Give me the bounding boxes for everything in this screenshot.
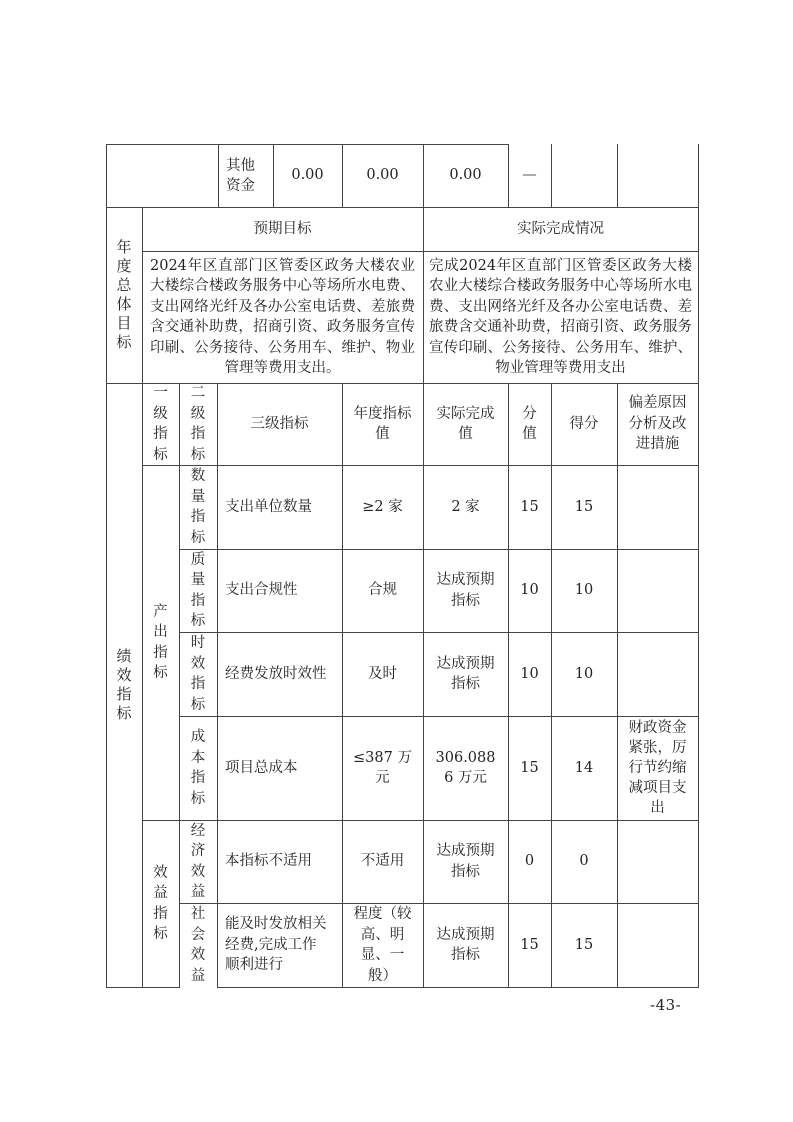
level3-cell: 项目总成本: [217, 716, 342, 820]
level2-cell: 质量指标: [179, 549, 217, 632]
level2-cell: 时效指标: [179, 632, 217, 716]
deviation-cell: 财政资金紧张，厉行节约缩减项目支出: [617, 716, 698, 820]
actual-cell: 达成预期指标: [423, 820, 508, 903]
target-cell: ≤387 万元: [342, 716, 423, 820]
actual-cell: 306.0886 万元: [423, 716, 508, 820]
performance-label: 绩效指标: [115, 647, 133, 723]
weight-cell: 15: [508, 903, 551, 987]
deviation-cell: [617, 632, 698, 716]
weight-cell: 10: [508, 549, 551, 632]
score-cell: 15: [551, 903, 617, 987]
actual-completion-text: 完成2024年区直部门区管委区政务大楼农业大楼综合楼政务服务中心等场所水电费、支…: [423, 251, 698, 383]
table-border: [217, 987, 699, 988]
header-deviation: 偏差原因分析及改进措施: [617, 383, 698, 465]
score-cell: 15: [551, 465, 617, 549]
header-weight: 分值: [508, 383, 551, 465]
annual-goal-label-cell: 年度总体目标: [106, 207, 142, 383]
target-cell: 合规: [342, 549, 423, 632]
actual-cell: 2 家: [423, 465, 508, 549]
score-cell: 10: [551, 549, 617, 632]
performance-label-cell: 绩效指标: [106, 383, 142, 987]
header-level1: 一级指标: [142, 383, 179, 465]
actual-cell: 达成预期指标: [423, 632, 508, 716]
header-level2: 二级指标: [179, 383, 217, 465]
level3-cell: 能及时发放相关经费,完成工作顺利进行: [217, 903, 342, 987]
level3-cell: 本指标不适用: [217, 820, 342, 903]
target-cell: 及时: [342, 632, 423, 716]
score-cell: 14: [551, 716, 617, 820]
target-cell: ≥2 家: [342, 465, 423, 549]
level2-cell: 成本指标: [179, 716, 217, 820]
funds-value-3: 0.00: [423, 144, 508, 207]
deviation-cell: [617, 465, 698, 549]
level1-output: 产出指标: [142, 465, 179, 820]
target-cell: 程度（较高、明显、一般）: [342, 903, 423, 987]
weight-cell: 15: [508, 716, 551, 820]
weight-cell: 0: [508, 820, 551, 903]
weight-cell: 10: [508, 632, 551, 716]
table-border: [551, 144, 552, 207]
table-border: [106, 987, 180, 988]
header-level3: 三级指标: [217, 383, 342, 465]
document-page: 其他资金 0.00 0.00 0.00 — 年度总体目标 预期目标 实际完成情况…: [0, 0, 793, 1122]
funds-label: 其他资金: [226, 156, 256, 196]
table-border: [698, 144, 699, 988]
actual-cell: 达成预期指标: [423, 903, 508, 987]
actual-cell: 达成预期指标: [423, 549, 508, 632]
level2-cell: 数量指标: [179, 465, 217, 549]
level2-cell: 社会效益: [179, 903, 217, 987]
funds-label-cell: 其他资金: [218, 144, 273, 207]
score-cell: 10: [551, 632, 617, 716]
expected-goal-header: 预期目标: [142, 207, 423, 251]
level3-cell: 经费发放时效性: [217, 632, 342, 716]
expected-goal-text: 2024年区直部门区管委区政务大楼农业大楼综合楼政务服务中心等场所水电费、支出网…: [142, 251, 423, 383]
annual-goal-label: 年度总体目标: [115, 238, 133, 352]
funds-value-1: 0.00: [273, 144, 342, 207]
header-target: 年度指标值: [342, 383, 423, 465]
level3-cell: 支出单位数量: [217, 465, 342, 549]
table-border: [617, 144, 618, 207]
funds-value-2: 0.00: [342, 144, 423, 207]
level2-cell: 经济效益: [179, 820, 217, 903]
level1-benefit: 效益指标: [142, 820, 179, 987]
header-actual: 实际完成值: [423, 383, 508, 465]
level3-cell: 支出合规性: [217, 549, 342, 632]
deviation-cell: [617, 820, 698, 903]
header-score: 得分: [551, 383, 617, 465]
funds-dash: —: [508, 144, 551, 207]
score-cell: 0: [551, 820, 617, 903]
deviation-cell: [617, 549, 698, 632]
page-number: -43-: [650, 996, 681, 1014]
weight-cell: 15: [508, 465, 551, 549]
target-cell: 不适用: [342, 820, 423, 903]
actual-completion-header: 实际完成情况: [423, 207, 698, 251]
deviation-cell: [617, 903, 698, 987]
